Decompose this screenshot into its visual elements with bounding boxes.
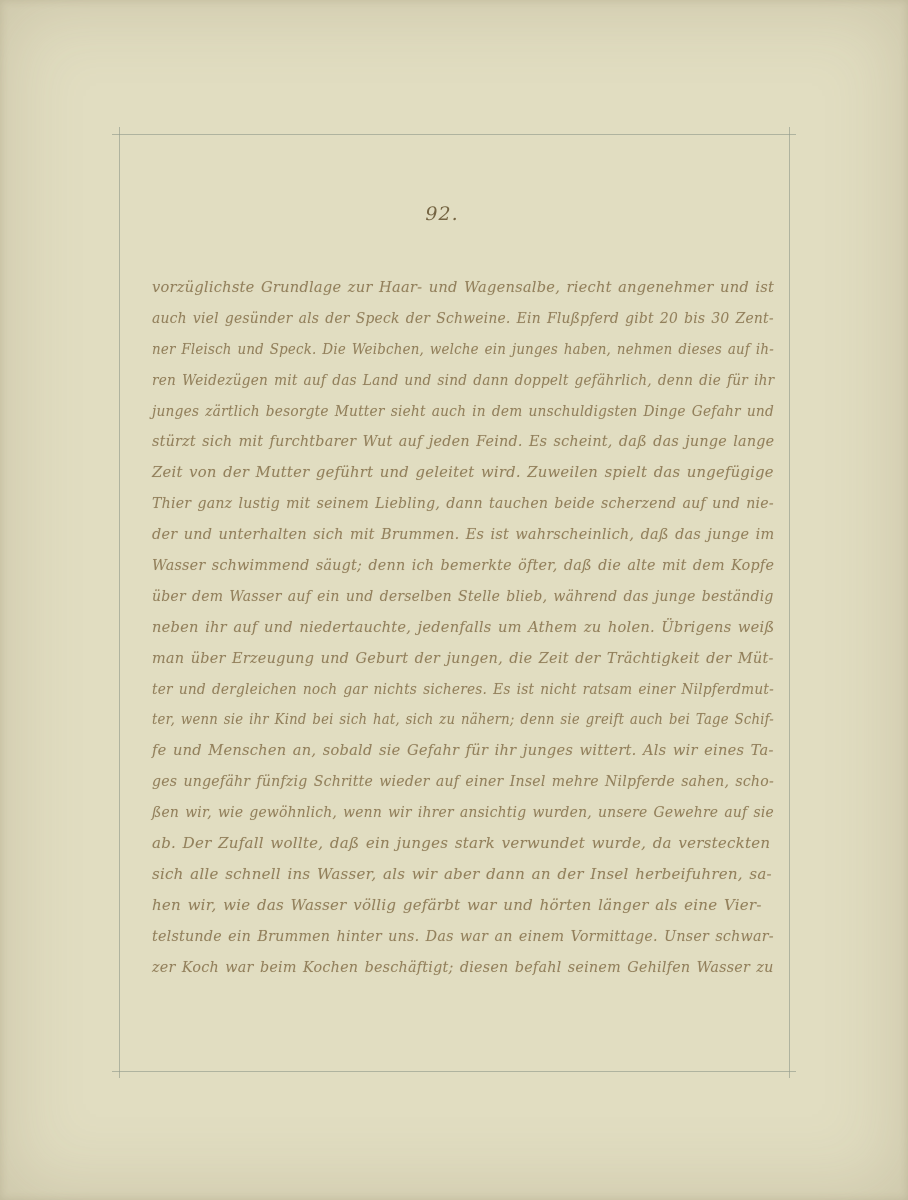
manuscript-line: Thier ganz lustig mit seinem Liebling, d…	[152, 488, 736, 519]
manuscript-line: man über Erzeugung und Geburt der jungen…	[152, 643, 751, 674]
manuscript-line: hen wir, wie das Wasser völlig gefärbt w…	[152, 890, 774, 921]
manuscript-line: sich alle schnell ins Wasser, als wir ab…	[152, 859, 774, 890]
manuscript-line: der und unterhalten sich mit Brummen. Es…	[152, 519, 749, 550]
manuscript-line: auch viel gesünder als der Speck der Sch…	[152, 303, 727, 334]
manuscript-line: ren Weidezügen mit auf das Land und sind…	[152, 365, 718, 396]
ruled-border-top	[112, 134, 796, 135]
manuscript-scan: 92. vorzüglichste Grundlage zur Haar- un…	[0, 0, 908, 1200]
ruled-border-right	[789, 127, 790, 1078]
manuscript-line: neben ihr auf und niedertauchte, jedenfa…	[152, 612, 757, 643]
manuscript-line: telstunde ein Brummen hinter uns. Das wa…	[152, 921, 744, 952]
manuscript-line: stürzt sich mit furchtbarer Wut auf jede…	[152, 426, 745, 457]
manuscript-text: vorzüglichste Grundlage zur Haar- und Wa…	[152, 272, 774, 982]
manuscript-line: Wasser schwimmend säugt; denn ich bemerk…	[152, 550, 745, 581]
manuscript-line: über dem Wasser auf ein und derselben St…	[152, 581, 732, 612]
manuscript-line: ner Fleisch und Speck. Die Weibchen, wel…	[152, 334, 705, 365]
manuscript-line: ges ungefähr fünfzig Schritte wieder auf…	[152, 766, 736, 797]
manuscript-line: fe und Menschen an, sobald sie Gefahr fü…	[152, 735, 757, 766]
manuscript-line: ab. Der Zufall wollte, daß ein junges st…	[152, 828, 774, 859]
manuscript-line: vorzüglichste Grundlage zur Haar- und Wa…	[152, 272, 757, 303]
page-number: 92.	[131, 203, 753, 225]
ruled-border-left	[119, 127, 120, 1078]
manuscript-line: ter und dergleichen noch gar nichts sich…	[152, 674, 719, 705]
manuscript-line: junges zärtlich besorgte Mutter sieht au…	[152, 396, 720, 427]
manuscript-line: zer Koch war beim Kochen beschäftigt; di…	[152, 952, 745, 983]
ruled-border-bottom	[112, 1071, 796, 1072]
manuscript-line: ßen wir, wie gewöhnlich, wenn wir ihrer …	[152, 797, 727, 828]
manuscript-line: Zeit von der Mutter geführt und geleitet…	[152, 457, 764, 488]
manuscript-line: ter, wenn sie ihr Kind bei sich hat, sic…	[152, 704, 700, 735]
